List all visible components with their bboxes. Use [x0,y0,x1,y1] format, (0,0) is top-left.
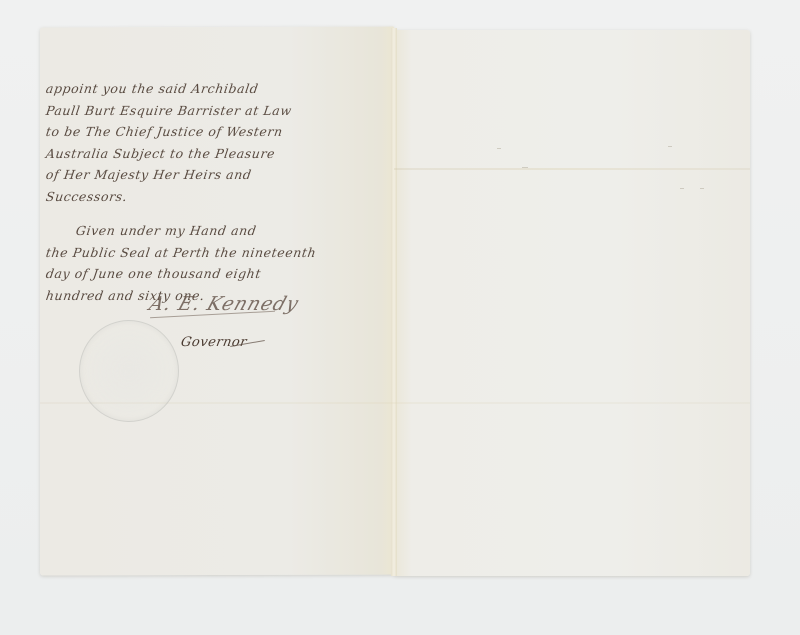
signature: A. E. Kennedy [146,293,301,315]
paper-speck [680,188,684,189]
paper-speck [522,167,528,168]
closing-line: Given under my Hand and [44,220,377,242]
paper-speck [700,188,704,189]
closing-line: day of June one thousand eight [44,263,377,285]
body-line: Paull Burt Esquire Barrister at Law [44,100,377,122]
embossed-seal-icon [79,320,179,422]
closing-line: the Public Seal at Perth the nineteenth [44,242,377,264]
right-page [394,30,750,576]
body-line: Australia Subject to the Pleasure [44,143,377,165]
body-line: appoint you the said Archibald [44,78,377,100]
paper-speck [497,148,501,149]
body-line: Successors. [44,186,377,208]
body-line: to be The Chief Justice of Western [44,121,377,143]
paper-fold-crease [394,168,750,170]
center-fold-spine [391,28,397,576]
paper-speck [668,146,672,147]
body-line: of Her Majesty Her Heirs and [44,164,377,186]
manuscript-text: appoint you the said Archibald Paull Bur… [46,78,376,306]
signatory-title: Governor [180,335,249,350]
